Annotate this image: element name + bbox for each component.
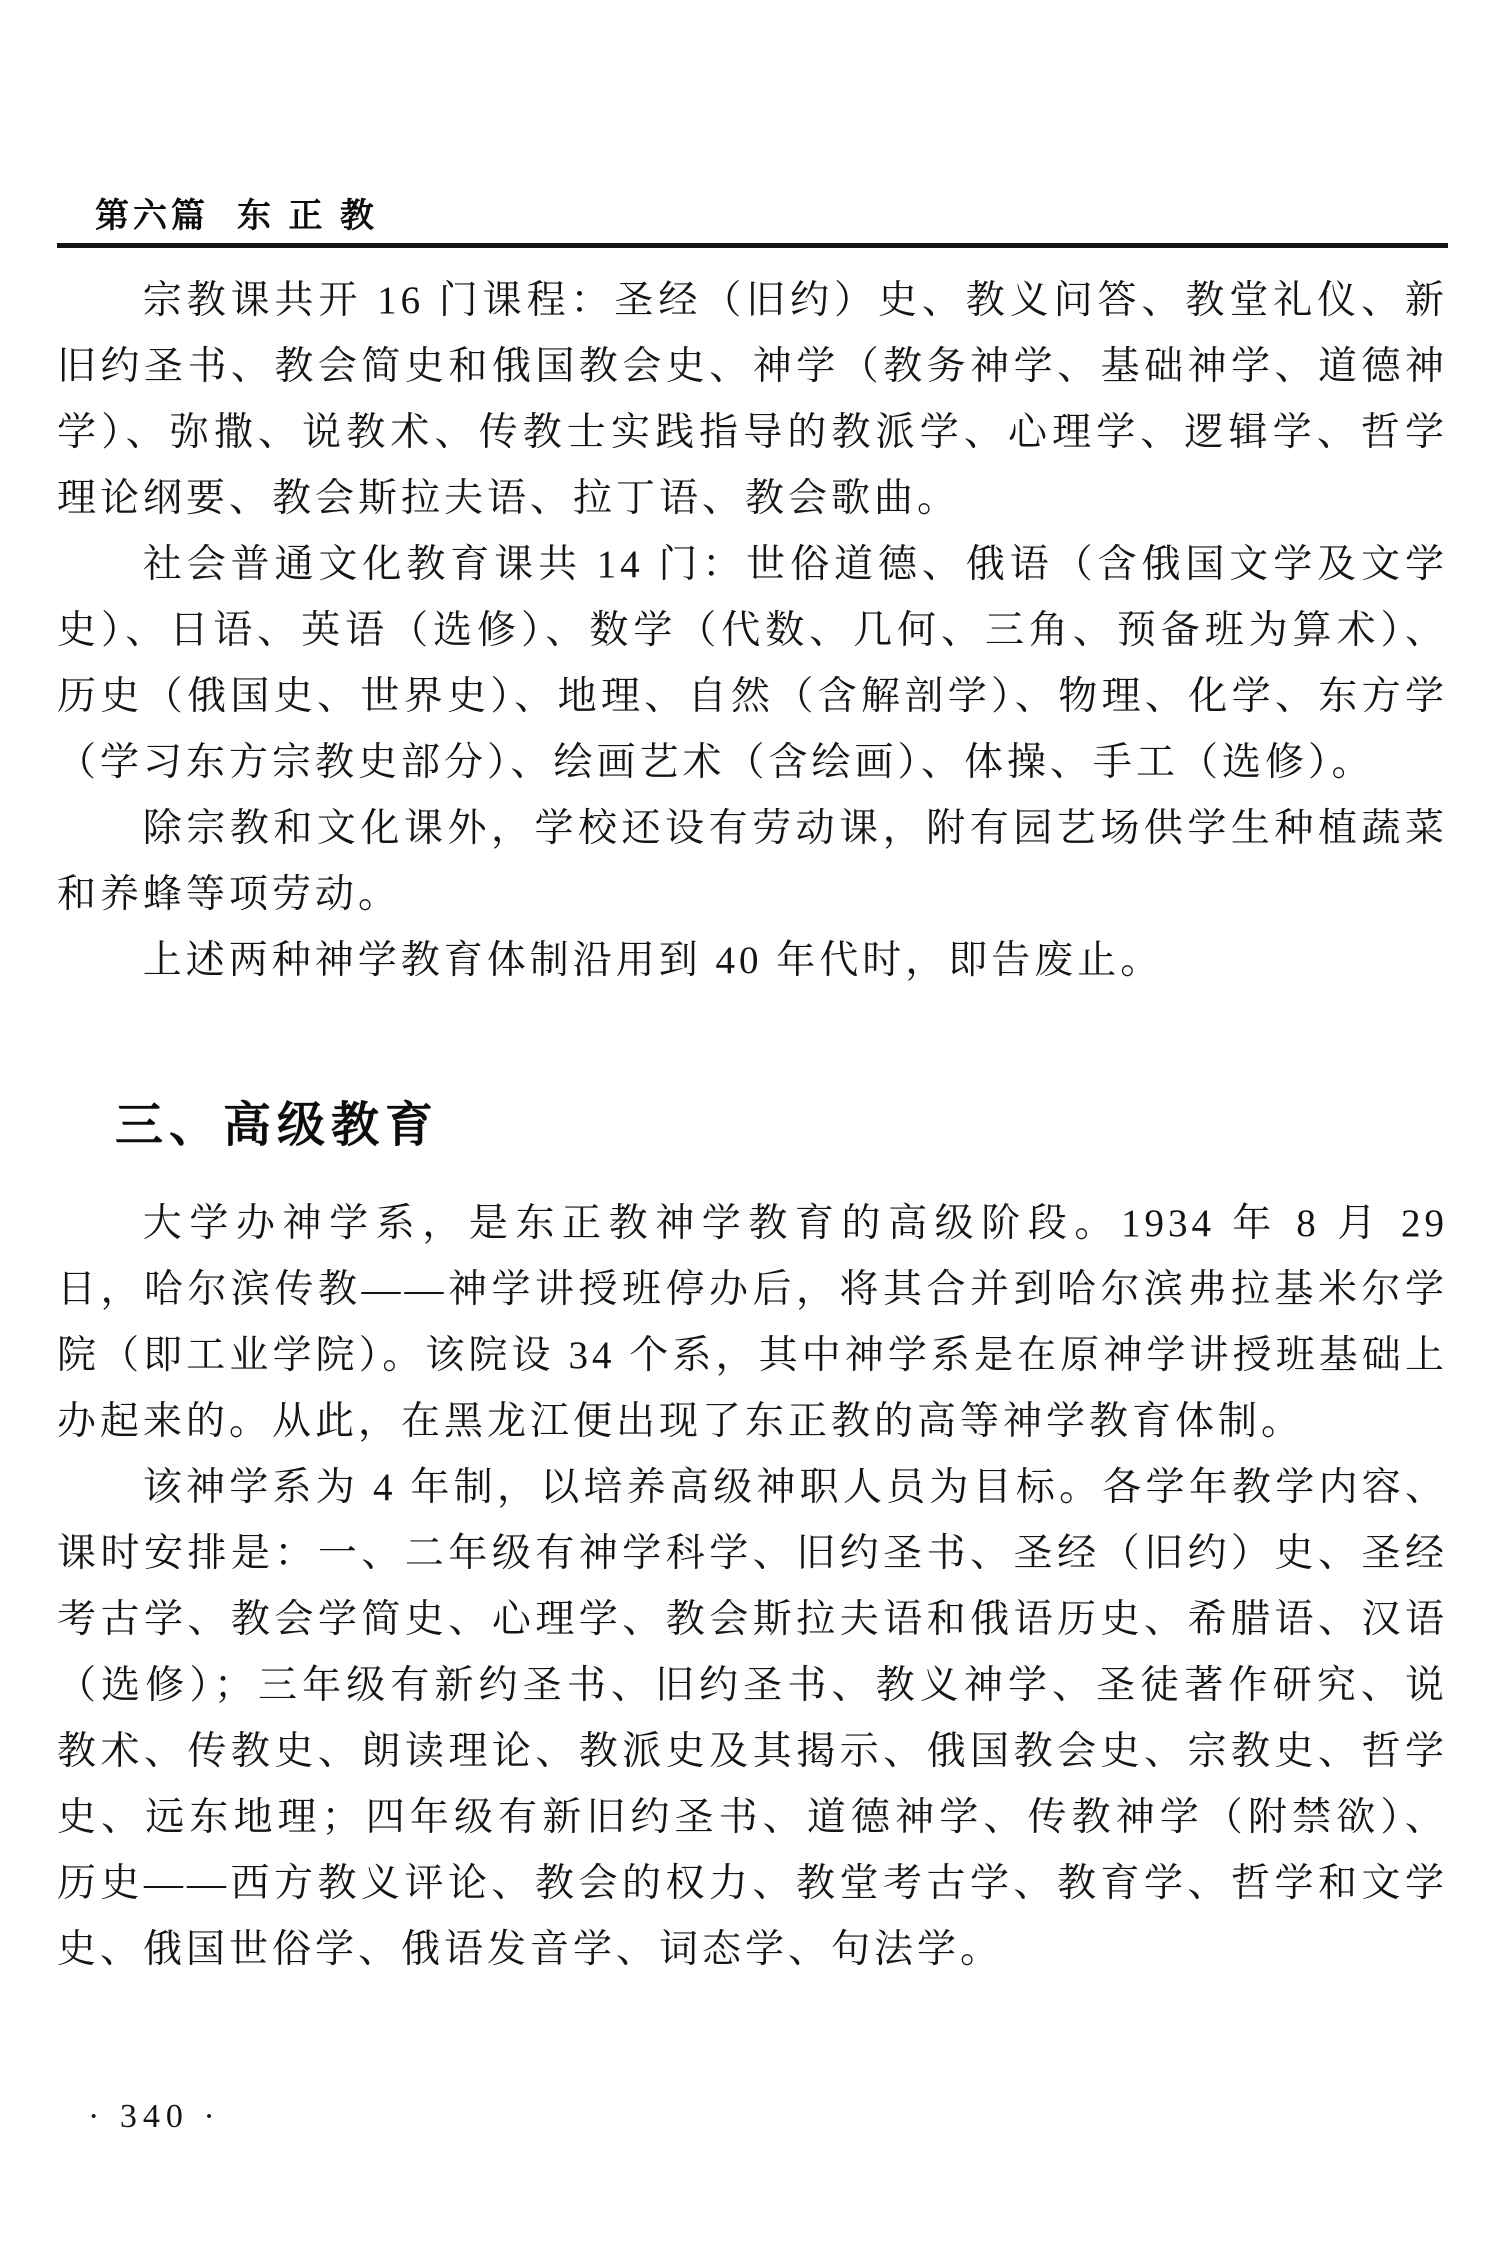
paragraph-labor-courses: 除宗教和文化课外，学校还设有劳动课，附有园艺场供学生种植蔬菜和养蜂等项劳动。 (57, 796, 1448, 928)
paragraph-religion-courses: 宗教课共开 16 门课程：圣经（旧约）史、教义问答、教堂礼仪、新旧约圣书、教会简… (57, 268, 1448, 532)
part-title: 东 正 教 (237, 197, 378, 235)
paragraph-culture-courses: 社会普通文化教育课共 14 门：世俗道德、俄语（含俄国文学及文学史）、日语、英语… (57, 532, 1448, 796)
running-header: 第六篇东 正 教 (95, 188, 378, 237)
part-label: 第六篇 (95, 197, 209, 235)
paragraph-curriculum-by-year: 该神学系为 4 年制，以培养高级神职人员为目标。各学年教学内容、课时安排是：一、… (57, 1455, 1448, 1983)
text-column: 宗教课共开 16 门课程：圣经（旧约）史、教义问答、教堂礼仪、新旧约圣书、教会简… (57, 268, 1448, 1983)
section-heading: 三、高级教育 (115, 1086, 1448, 1155)
paragraph-system-abolished: 上述两种神学教育体制沿用到 40 年代时，即告废止。 (57, 928, 1448, 994)
paragraph-university-theology: 大学办神学系，是东正教神学教育的高级阶段。1934 年 8 月 29 日，哈尔滨… (57, 1191, 1448, 1455)
book-page: 第六篇东 正 教 宗教课共开 16 门课程：圣经（旧约）史、教义问答、教堂礼仪、… (0, 0, 1500, 2259)
page-number: · 340 · (88, 2098, 221, 2136)
header-divider (57, 243, 1448, 248)
